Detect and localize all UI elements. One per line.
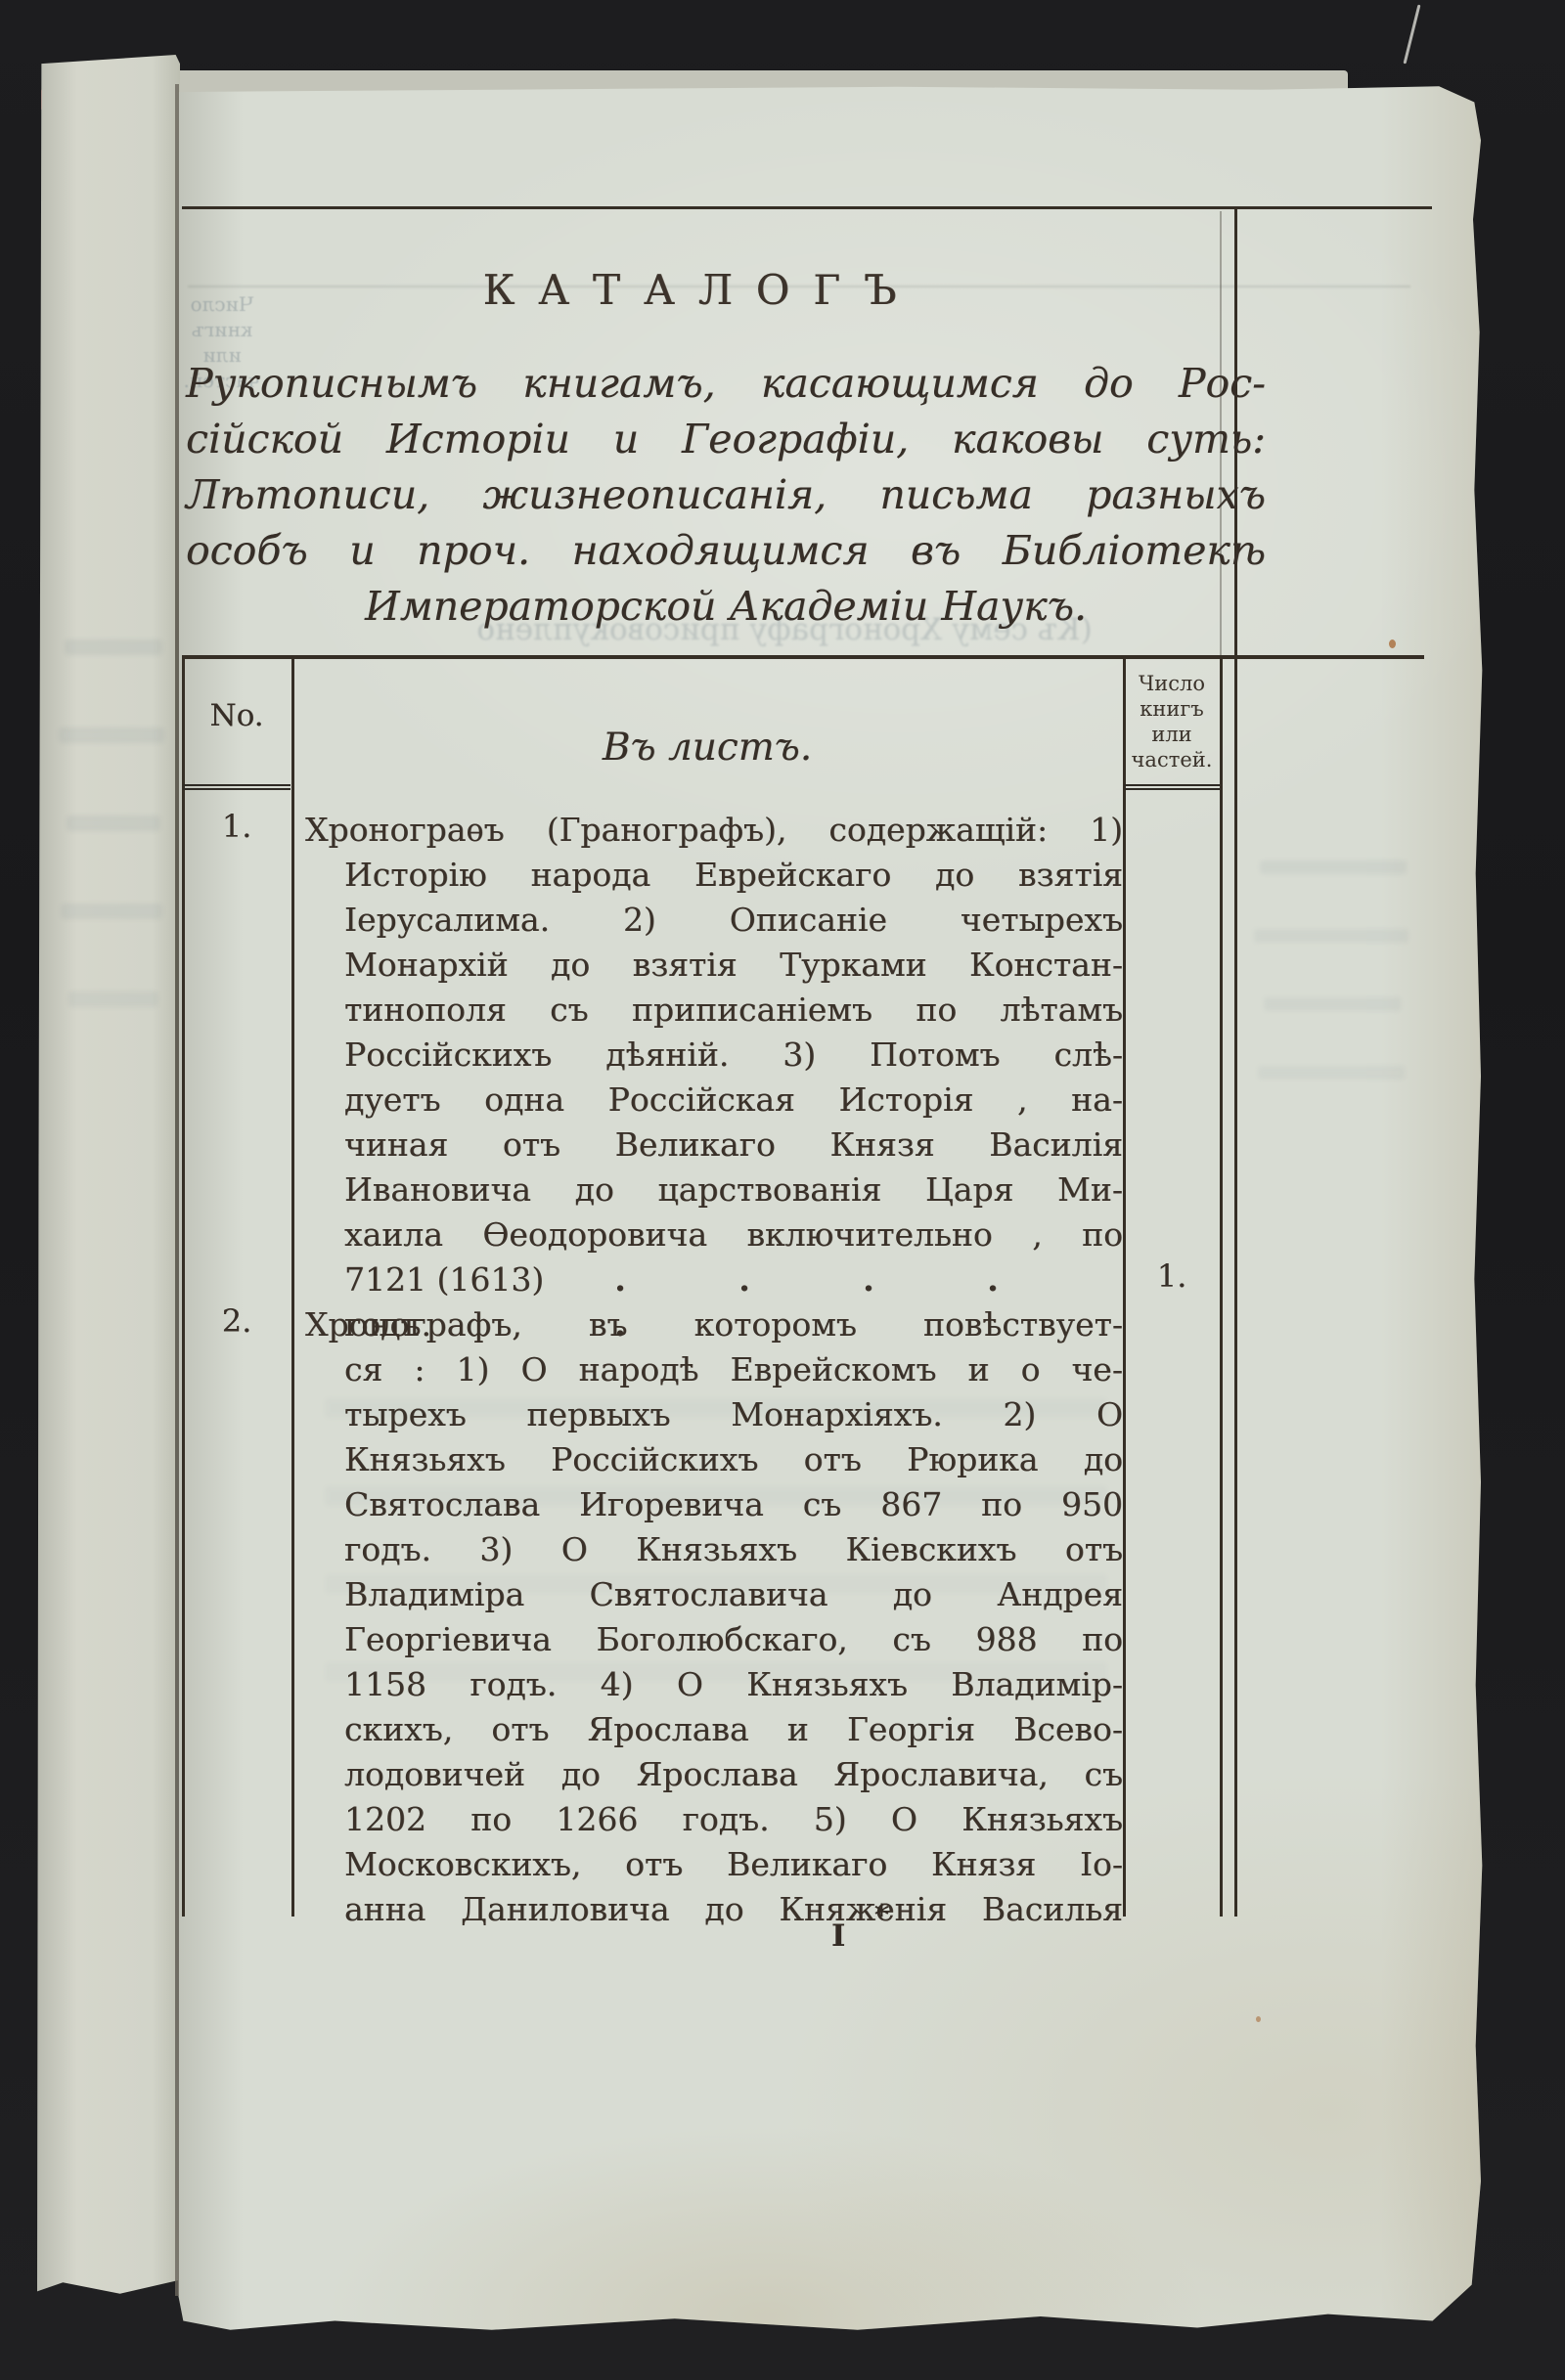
entry-text-block: Хронографъ, въ которомъ повѣствует- ся :… bbox=[305, 1302, 1123, 1932]
binding-thread bbox=[1404, 5, 1421, 65]
count-header-line: частей. bbox=[1121, 747, 1223, 772]
paper-speck bbox=[1389, 639, 1396, 648]
ghost-text-strip bbox=[1264, 997, 1401, 1011]
top-rule bbox=[182, 206, 1432, 209]
ghost-text-strip bbox=[67, 815, 160, 831]
subtitle-line: Рукописнымъ книгамъ, касающимся до Рос- bbox=[186, 356, 1266, 412]
entry-text-line: Московскихъ, отъ Великаго Князя Іо- bbox=[344, 1842, 1123, 1887]
entry-text-block: Хронограѳъ (Гранографъ), содержащій: 1) … bbox=[305, 808, 1123, 1302]
entry-text-line: Ивановича до царствованія Царя Ми- bbox=[344, 1168, 1123, 1212]
entry-text-line: Святослава Игоревича съ 867 по 950 bbox=[344, 1482, 1123, 1527]
table-top-rule bbox=[182, 655, 1424, 659]
ghost-text-strip bbox=[1258, 1066, 1405, 1080]
signature-asterisk: * bbox=[874, 1899, 889, 1933]
subtitle-line: особъ и проч. находящимся въ Библіотекѣ bbox=[186, 523, 1266, 579]
entry-text-line: 1158 годъ. 4) О Князьяхъ Владимір- bbox=[344, 1662, 1123, 1707]
count-header-line: или bbox=[1121, 722, 1223, 747]
subtitle-line: сійской Исторіи и Географіи, каковы суть… bbox=[186, 412, 1266, 467]
subtitle-line: Императорской Академіи Наукъ. bbox=[186, 579, 1266, 635]
signature-mark: I bbox=[831, 1918, 846, 1954]
entry-text-line: Князьяхъ Россійскихъ отъ Рюрика до bbox=[344, 1437, 1123, 1482]
entry-text-line: 7121 (1613) годъ. . . . . . bbox=[344, 1257, 1123, 1302]
scanned-book-photo: Число книгъ или частей. (Къ сему Хроногр… bbox=[0, 0, 1565, 2380]
ghost-text-strip bbox=[65, 639, 162, 655]
ghost-text-strip bbox=[68, 992, 158, 1007]
entry-text-line: дуетъ одна Россійская Исторія , на- bbox=[344, 1078, 1123, 1123]
paper-speck bbox=[1256, 2016, 1261, 2022]
count-header-line: Число bbox=[1121, 671, 1223, 696]
subtitle-block: Рукописнымъ книгамъ, касающимся до Рос- … bbox=[186, 356, 1266, 635]
ghost-line: Число bbox=[168, 291, 276, 317]
count-header-separator bbox=[1124, 784, 1220, 790]
subtitle-line: Лѣтописи, жизнеописанія, письма разныхъ bbox=[186, 467, 1266, 523]
entry-text-line: Исторію народа Еврейскаго до взятія bbox=[344, 853, 1123, 898]
entry-text-line: Хронографъ, въ которомъ повѣствует- bbox=[305, 1302, 1123, 1347]
entry-text-line: скихъ, отъ Ярослава и Георгія Всево- bbox=[344, 1707, 1123, 1752]
entry-text-line: ся : 1) О народѣ Еврейскомъ и о че- bbox=[344, 1347, 1123, 1392]
no-column-rule bbox=[291, 655, 294, 1917]
entry-text-line: Хронограѳъ (Гранографъ), содержащій: 1) bbox=[305, 808, 1123, 853]
ghost-text-strip bbox=[1254, 929, 1408, 943]
entry-text-line: Монархій до взятія Турками Констан- bbox=[344, 943, 1123, 988]
entry-text-line: тинополя съ приписаніемъ по лѣтамъ bbox=[344, 988, 1123, 1033]
no-header-separator bbox=[183, 784, 291, 790]
entry-count: 1. bbox=[1121, 1257, 1223, 1295]
entry-text-line: Іерусалима. 2) Описаніе четырехъ bbox=[344, 898, 1123, 943]
ghost-line: книгъ bbox=[168, 317, 276, 342]
entry-number: 2. bbox=[182, 1302, 291, 1340]
entry-text-line: 1202 по 1266 годъ. 5) О Князьяхъ bbox=[344, 1797, 1123, 1842]
count-header-line: книгъ bbox=[1121, 696, 1223, 722]
facing-page-strip bbox=[37, 55, 180, 2296]
no-column-header: No. bbox=[182, 698, 291, 733]
catalog-page: Число книгъ или частей. (Къ сему Хроногр… bbox=[178, 84, 1485, 2339]
entry-text-line: Владиміра Святославича до Андрея bbox=[344, 1572, 1123, 1617]
entry-text-line: Георгіевича Боголюбскаго, съ 988 по bbox=[344, 1617, 1123, 1662]
entry-text-line: чиная отъ Великаго Князя Василія bbox=[344, 1123, 1123, 1168]
entry-text-line: хаила Ѳеодоровича включительно , по bbox=[344, 1212, 1123, 1257]
entry-text-line: тырехъ первыхъ Монархіяхъ. 2) О bbox=[344, 1392, 1123, 1437]
page-title: КАТАЛОГЪ bbox=[325, 266, 1078, 314]
ghost-text-strip bbox=[1260, 860, 1407, 874]
ghost-text-strip bbox=[59, 727, 164, 743]
count-column-header: Число книгъ или частей. bbox=[1121, 671, 1223, 772]
gutter-fold-line bbox=[175, 84, 179, 2296]
entry-number: 1. bbox=[182, 808, 291, 845]
entry-text-line: лодовичей до Ярослава Ярославича, съ bbox=[344, 1752, 1123, 1797]
ghost-text-strip bbox=[61, 904, 162, 919]
entry-text-line: годъ. 3) О Князьяхъ Кіевскихъ отъ bbox=[344, 1527, 1123, 1572]
entry-text-line: Россійскихъ дѣяній. 3) Потомъ слѣ- bbox=[344, 1033, 1123, 1078]
format-column-header: Въ листъ. bbox=[291, 726, 1123, 770]
entry-text-line: анна Даниловича до Княженія Василья bbox=[344, 1887, 1123, 1932]
